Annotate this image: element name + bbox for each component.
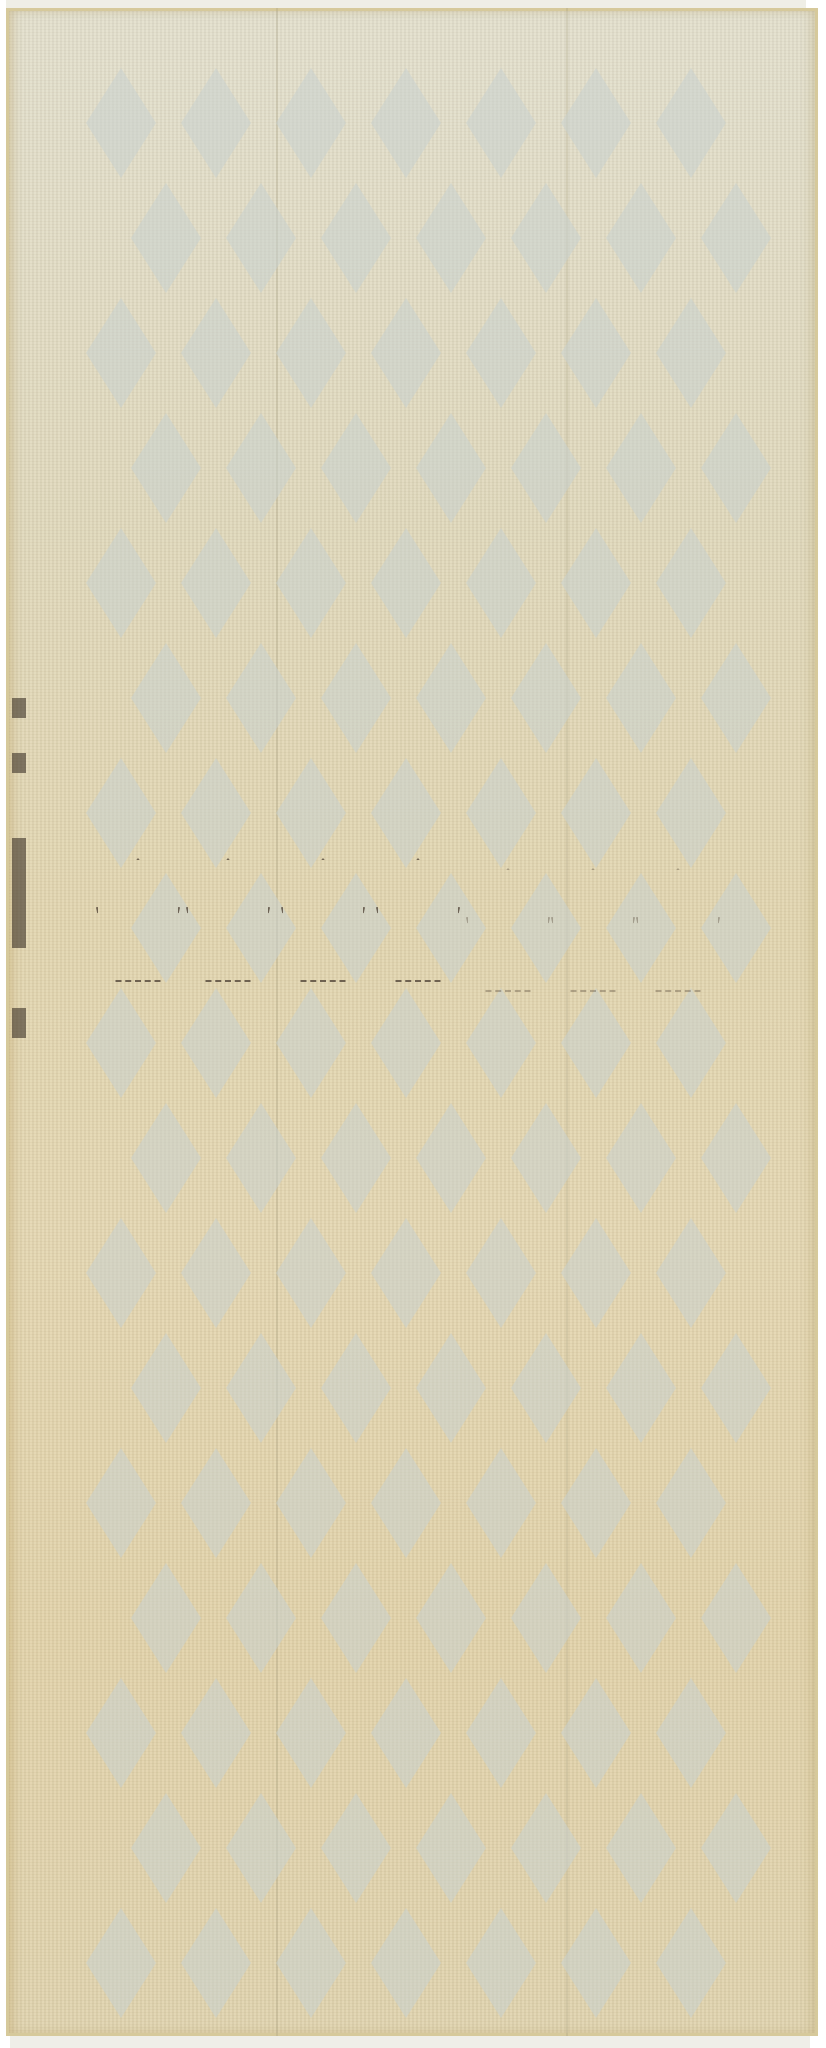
lattice-motif [226, 413, 296, 523]
lattice-motif [656, 528, 726, 638]
side-mark [12, 838, 26, 948]
lattice-motif [86, 1908, 156, 2018]
lattice-motif [466, 1448, 536, 1558]
lattice-motif [511, 183, 581, 293]
lattice-motif [466, 68, 536, 178]
lattice-motif [131, 1333, 201, 1443]
lattice-motif [701, 1793, 771, 1903]
lattice-motif [466, 1678, 536, 1788]
lattice-motif [181, 1448, 251, 1558]
lattice-motif [86, 1448, 156, 1558]
lattice-motif [321, 1793, 391, 1903]
lattice-motif [321, 413, 391, 523]
lattice-motif [656, 1908, 726, 2018]
lattice-motif [276, 1678, 346, 1788]
lattice-motif [701, 183, 771, 293]
lattice-motif [416, 1563, 486, 1673]
lattice-motif [86, 758, 156, 868]
lattice-motif [416, 183, 486, 293]
lattice-motif [511, 1563, 581, 1673]
lattice-motif [131, 1793, 201, 1903]
lattice-motif [181, 68, 251, 178]
lattice-motif [606, 1793, 676, 1903]
lattice-motif [561, 1908, 631, 2018]
lattice-motif [86, 68, 156, 178]
lattice-motif [606, 1103, 676, 1213]
lattice-motif [466, 298, 536, 408]
lattice-motif [181, 1678, 251, 1788]
lattice-motif [321, 183, 391, 293]
lattice-motif [181, 528, 251, 638]
lattice-motif [561, 298, 631, 408]
lattice-motif [466, 528, 536, 638]
lattice-motif [701, 643, 771, 753]
lattice-motif [466, 1908, 536, 2018]
lattice-motif [656, 1448, 726, 1558]
lattice-motif [86, 298, 156, 408]
lattice-motif [561, 68, 631, 178]
lattice-motif [181, 1908, 251, 2018]
lattice-motif [371, 298, 441, 408]
lattice-motif [131, 1563, 201, 1673]
lattice-motif [701, 413, 771, 523]
lattice-motif [131, 1103, 201, 1213]
lattice-motif [226, 183, 296, 293]
lattice-motif [416, 413, 486, 523]
lattice-motif [131, 183, 201, 293]
lattice-motif [321, 1103, 391, 1213]
lattice-motif [86, 1218, 156, 1328]
lattice-motif [276, 988, 346, 1098]
lattice-motif [416, 1103, 486, 1213]
rug-field [46, 48, 791, 2008]
side-mark [12, 753, 26, 773]
lattice-motif [606, 183, 676, 293]
lattice-motif [416, 1333, 486, 1443]
lattice-motif [276, 68, 346, 178]
side-mark [12, 1008, 26, 1038]
lattice-motif [466, 1218, 536, 1328]
lattice-motif [416, 643, 486, 753]
lattice-motif [606, 413, 676, 523]
lattice-motif [321, 1333, 391, 1443]
lattice-motif [276, 528, 346, 638]
lattice-motif [656, 1218, 726, 1328]
lattice-motif [131, 643, 201, 753]
lattice-motif [656, 758, 726, 868]
lattice-motif [511, 1793, 581, 1903]
rug [6, 8, 818, 2036]
lattice-motif [226, 1103, 296, 1213]
lattice-motif [656, 1678, 726, 1788]
side-mark [12, 698, 26, 718]
lattice-motif [86, 528, 156, 638]
lattice-motif [226, 1333, 296, 1443]
lattice-motif [701, 1333, 771, 1443]
lattice-motif [371, 68, 441, 178]
lattice-motif [511, 413, 581, 523]
lattice-motif [226, 1793, 296, 1903]
lattice-motif [561, 1678, 631, 1788]
lattice-motif [371, 758, 441, 868]
lattice-motif [371, 1218, 441, 1328]
lattice-motif [371, 1908, 441, 2018]
lattice-motif [321, 1563, 391, 1673]
lattice-motif [181, 758, 251, 868]
lattice-motif [181, 988, 251, 1098]
lattice-motif [561, 1218, 631, 1328]
lattice-motif [701, 1563, 771, 1673]
lattice-motif [181, 298, 251, 408]
lattice-motif [701, 1103, 771, 1213]
lattice-motif [226, 643, 296, 753]
lattice-motif [656, 988, 726, 1098]
lattice-motif [606, 1333, 676, 1443]
lattice-motif [606, 643, 676, 753]
lattice-motif [276, 758, 346, 868]
lattice-motif [511, 1103, 581, 1213]
lattice-motif [561, 528, 631, 638]
lattice-motif [511, 1333, 581, 1443]
lattice-motif [371, 528, 441, 638]
lattice-motif [321, 643, 391, 753]
lattice-motif [561, 1448, 631, 1558]
faded-outlined-motif [551, 868, 635, 992]
lattice-motif [226, 1563, 296, 1673]
bottom-fringe [10, 2036, 810, 2048]
lattice-motif [606, 1563, 676, 1673]
lattice-motif [276, 1448, 346, 1558]
lattice-motif [656, 68, 726, 178]
lattice-motif [131, 413, 201, 523]
lattice-motif [561, 988, 631, 1098]
lattice-motif [561, 758, 631, 868]
lattice-motif [371, 1448, 441, 1558]
lattice-motif [466, 758, 536, 868]
lattice-motif [276, 1218, 346, 1328]
lattice-motif [86, 988, 156, 1098]
lattice-motif [86, 1678, 156, 1788]
lattice-motif [656, 298, 726, 408]
lattice-motif [416, 1793, 486, 1903]
lattice-motif [371, 1678, 441, 1788]
lattice-motif [371, 988, 441, 1098]
lattice-motif [466, 988, 536, 1098]
lattice-motif [276, 298, 346, 408]
lattice-motif [181, 1218, 251, 1328]
lattice-motif [511, 643, 581, 753]
lattice-motif [276, 1908, 346, 2018]
